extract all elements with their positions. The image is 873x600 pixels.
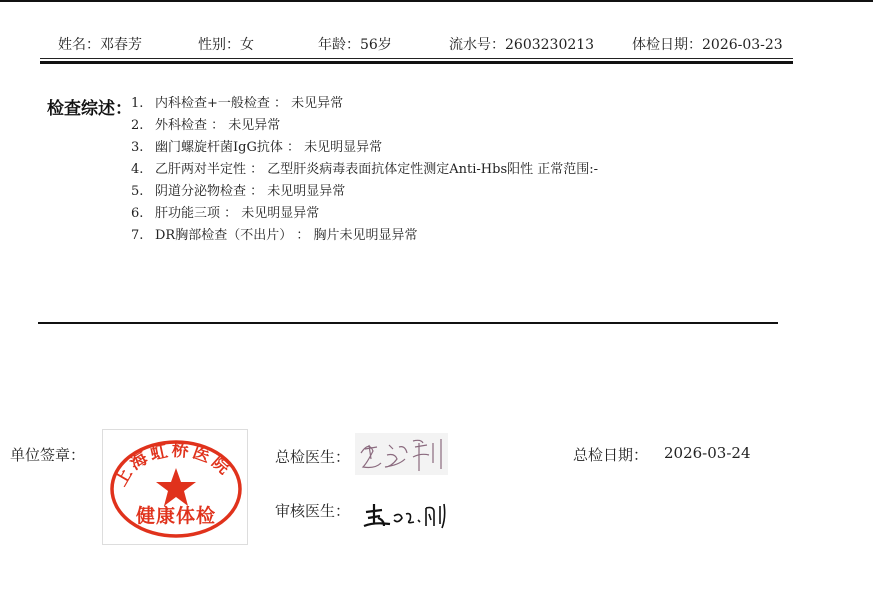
reviewer-signature — [360, 498, 450, 532]
summary-item: 4.乙肝两对半定性 ： 乙型肝炎病毒表面抗体定性测定Anti-Hbs阳性 正常范… — [131, 159, 598, 181]
patient-gender: 性别：女 — [198, 34, 254, 54]
hospital-stamp: 上海虹桥医院 健康体检 — [102, 429, 248, 545]
summary-item: 7.DR胸部检查（不出片） ： 胸片未见明显异常 — [131, 225, 598, 247]
chief-doctor-label: 总检医生： — [275, 446, 350, 467]
unit-seal-label: 单位签章： — [10, 444, 85, 465]
item-number: 2. — [131, 115, 155, 137]
chief-date-value: 2026-03-24 — [664, 444, 750, 462]
item-number: 6. — [131, 203, 155, 225]
reviewer-label: 审核医生： — [275, 500, 350, 521]
summary-list: 1.内科检查+一般检查 ： 未见异常 2.外科检查 ： 未见异常 3.幽门螺旋杆… — [131, 93, 598, 247]
item-number: 3. — [131, 137, 155, 159]
exam-date: 体检日期：2026-03-23 — [632, 34, 783, 54]
item-text: 幽门螺旋杆菌IgG抗体 ： 未见明显异常 — [155, 140, 382, 155]
item-text: 肝功能三项 ： 未见明显异常 — [155, 206, 319, 221]
summary-item: 6.肝功能三项 ： 未见明显异常 — [131, 203, 598, 225]
top-border — [0, 0, 873, 2]
item-text: 内科检查+一般检查 ： 未见异常 — [155, 96, 343, 111]
patient-name: 姓名：邓春芳 — [58, 34, 142, 54]
item-number: 5. — [131, 181, 155, 203]
summary-title: 检查综述： — [47, 94, 132, 119]
summary-item: 3.幽门螺旋杆菌IgG抗体 ： 未见明显异常 — [131, 137, 598, 159]
chief-date-label: 总检日期： — [573, 444, 648, 465]
chief-doctor-signature — [355, 433, 448, 475]
item-number: 1. — [131, 93, 155, 115]
svg-text:健康体检: 健康体检 — [135, 504, 216, 527]
header-divider-thick — [40, 61, 793, 64]
stamp-seal-icon: 上海虹桥医院 健康体检 — [103, 430, 247, 544]
summary-item: 2.外科检查 ： 未见异常 — [131, 115, 598, 137]
item-text: 外科检查 ： 未见异常 — [155, 118, 280, 133]
serial-number: 流水号：2603230213 — [449, 34, 594, 54]
summary-item: 1.内科检查+一般检查 ： 未见异常 — [131, 93, 598, 115]
item-text: 乙肝两对半定性 ： 乙型肝炎病毒表面抗体定性测定Anti-Hbs阳性 正常范围:… — [155, 162, 598, 177]
item-number: 7. — [131, 225, 155, 247]
patient-age: 年龄：56岁 — [318, 34, 392, 54]
item-text: DR胸部检查（不出片） ： 胸片未见明显异常 — [155, 228, 417, 243]
item-number: 4. — [131, 159, 155, 181]
summary-item: 5.阴道分泌物检查 ： 未见明显异常 — [131, 181, 598, 203]
handwritten-signature-icon — [355, 433, 448, 475]
item-text: 阴道分泌物检查 ： 未见明显异常 — [155, 184, 345, 199]
section-divider — [38, 322, 778, 324]
handwritten-signature-icon — [360, 498, 450, 532]
header-divider-thin — [40, 58, 793, 59]
